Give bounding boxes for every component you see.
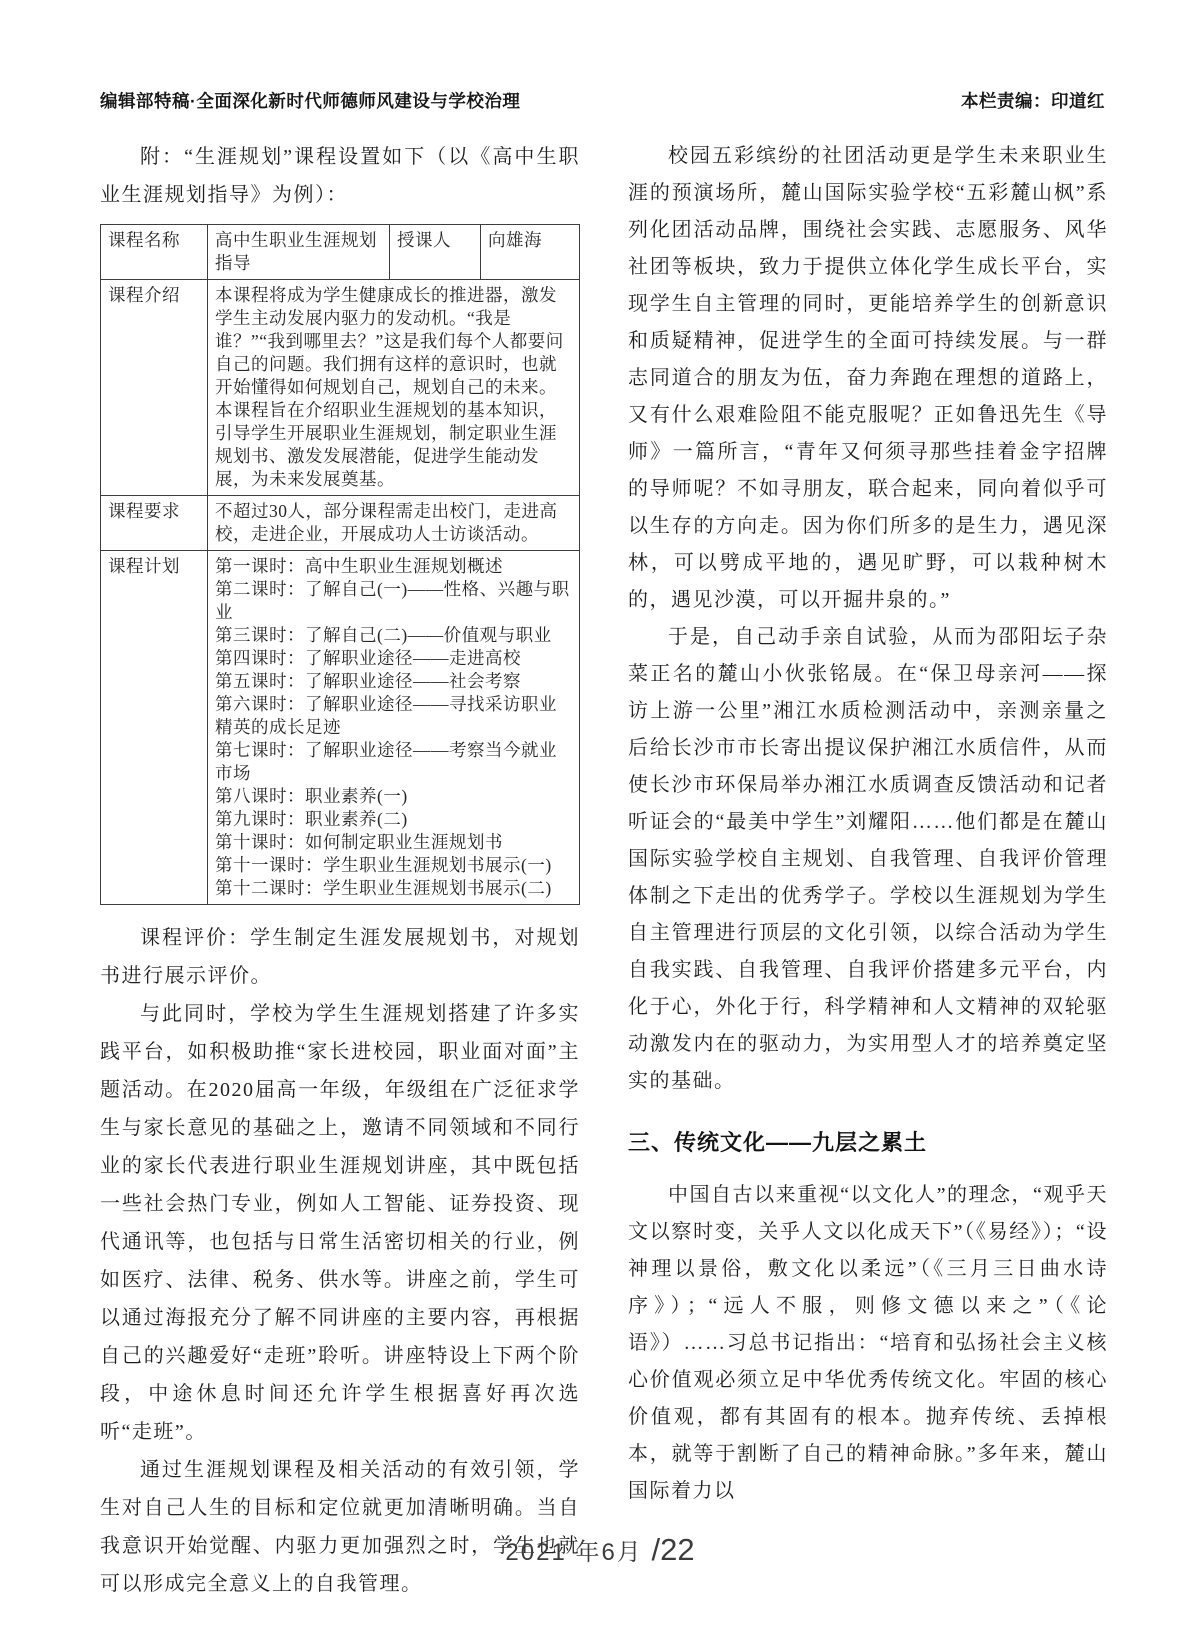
page-header: 编辑部特稿·全面深化新时代师德师风建设与学校治理 本栏责编：印道红 bbox=[100, 88, 1105, 113]
student-examples-paragraph: 于是，自己动手亲自试验，从而为邵阳坛子杂菜正名的麓山小伙张铭晟。在“保卫母亲河—… bbox=[628, 619, 1108, 1100]
course-plan-line: 第三课时：了解自己(二)——价值观与职业 bbox=[215, 624, 572, 647]
course-intro-text: 本课程将成为学生健康成长的推进器，激发学生主动发展内驱力的发动机。“我是谁？”“… bbox=[208, 280, 580, 496]
course-plan-line: 第十二课时：学生职业生涯规划书展示(二) bbox=[215, 877, 572, 900]
self-management-paragraph: 通过生涯规划课程及相关活动的有效引领，学生对自己人生的目标和定位就更加清晰明确。… bbox=[100, 1451, 580, 1603]
course-evaluation-paragraph: 课程评价：学生制定生涯发展规划书，对规划书进行展示评价。 bbox=[100, 919, 580, 995]
left-column: 附：“生涯规划”课程设置如下（以《高中生职业生涯规划指导》为例）： 课程名称 高… bbox=[100, 138, 580, 1603]
header-column-title: 编辑部特稿·全面深化新时代师德师风建设与学校治理 bbox=[100, 88, 520, 113]
header-editor-credit: 本栏责编：印道红 bbox=[961, 88, 1105, 113]
right-column: 校园五彩缤纷的社团活动更是学生未来职业生涯的预演场所，麓山国际实验学校“五彩麓山… bbox=[628, 138, 1108, 1603]
practice-platform-paragraph: 与此同时，学校为学生生涯规划搭建了许多实践平台，如积极助推“家长进校园，职业面对… bbox=[100, 995, 580, 1451]
traditional-culture-paragraph: 中国自古以来重视“以文化人”的理念，“观乎天文以察时变，关乎人文以化成天下”（《… bbox=[628, 1177, 1108, 1510]
course-plan-label: 课程计划 bbox=[101, 551, 208, 905]
footer-date: 2021 年6月 bbox=[505, 1539, 642, 1566]
table-row-course-intro: 课程介绍 本课程将成为学生健康成长的推进器，激发学生主动发展内驱力的发动机。“我… bbox=[101, 280, 580, 496]
magazine-page: 编辑部特稿·全面深化新时代师德师风建设与学校治理 本栏责编：印道红 附：“生涯规… bbox=[0, 0, 1200, 1629]
table-row-course-name: 课程名称 高中生职业生涯规划指导 授课人 向雄海 bbox=[101, 225, 580, 280]
course-intro-label: 课程介绍 bbox=[101, 280, 208, 496]
course-plan-line: 第五课时：了解职业途径——社会考察 bbox=[215, 670, 572, 693]
course-name-label: 课程名称 bbox=[101, 225, 208, 280]
course-plan-line: 第二课时：了解自己(一)——性格、兴趣与职业 bbox=[215, 578, 572, 624]
course-plan-line: 第十课时：如何制定职业生涯规划书 bbox=[215, 831, 572, 854]
section-heading-traditional-culture: 三、传统文化——九层之累土 bbox=[628, 1126, 1108, 1157]
course-plan-line: 第九课时：职业素养(二) bbox=[215, 808, 572, 831]
page-footer: 2021 年6月 /22 bbox=[0, 1532, 1200, 1568]
course-plan-line: 第四课时：了解职业途径——走进高校 bbox=[215, 647, 572, 670]
course-requirements-label: 课程要求 bbox=[101, 496, 208, 551]
footer-page-number: /22 bbox=[651, 1532, 694, 1567]
course-plan-line: 第七课时：了解职业途径——考察当今就业市场 bbox=[215, 739, 572, 785]
course-plan-line: 第八课时：职业素养(一) bbox=[215, 785, 572, 808]
course-plan-line: 第六课时：了解职业途径——寻找采访职业精英的成长足迹 bbox=[215, 693, 572, 739]
course-plan-line: 第十一课时：学生职业生涯规划书展示(一) bbox=[215, 854, 572, 877]
course-plan-line: 第一课时：高中生职业生涯规划概述 bbox=[215, 555, 572, 578]
course-requirements-text: 不超过30人，部分课程需走出校门，走进高校，走进企业，开展成功人士访谈活动。 bbox=[208, 496, 580, 551]
table-row-course-plan: 课程计划 第一课时：高中生职业生涯规划概述 第二课时：了解自己(一)——性格、兴… bbox=[101, 551, 580, 905]
course-name-value: 高中生职业生涯规划指导 bbox=[208, 225, 390, 280]
content-columns: 附：“生涯规划”课程设置如下（以《高中生职业生涯规划指导》为例）： 课程名称 高… bbox=[100, 138, 1108, 1603]
intro-paragraph: 附：“生涯规划”课程设置如下（以《高中生职业生涯规划指导》为例）： bbox=[100, 138, 580, 214]
table-row-course-requirements: 课程要求 不超过30人，部分课程需走出校门，走进高校，走进企业，开展成功人士访谈… bbox=[101, 496, 580, 551]
instructor-label: 授课人 bbox=[390, 225, 481, 280]
course-table: 课程名称 高中生职业生涯规划指导 授课人 向雄海 课程介绍 本课程将成为学生健康… bbox=[100, 224, 580, 905]
course-plan-cell: 第一课时：高中生职业生涯规划概述 第二课时：了解自己(一)——性格、兴趣与职业 … bbox=[208, 551, 580, 905]
club-activities-paragraph: 校园五彩缤纷的社团活动更是学生未来职业生涯的预演场所，麓山国际实验学校“五彩麓山… bbox=[628, 138, 1108, 619]
instructor-value: 向雄海 bbox=[481, 225, 580, 280]
